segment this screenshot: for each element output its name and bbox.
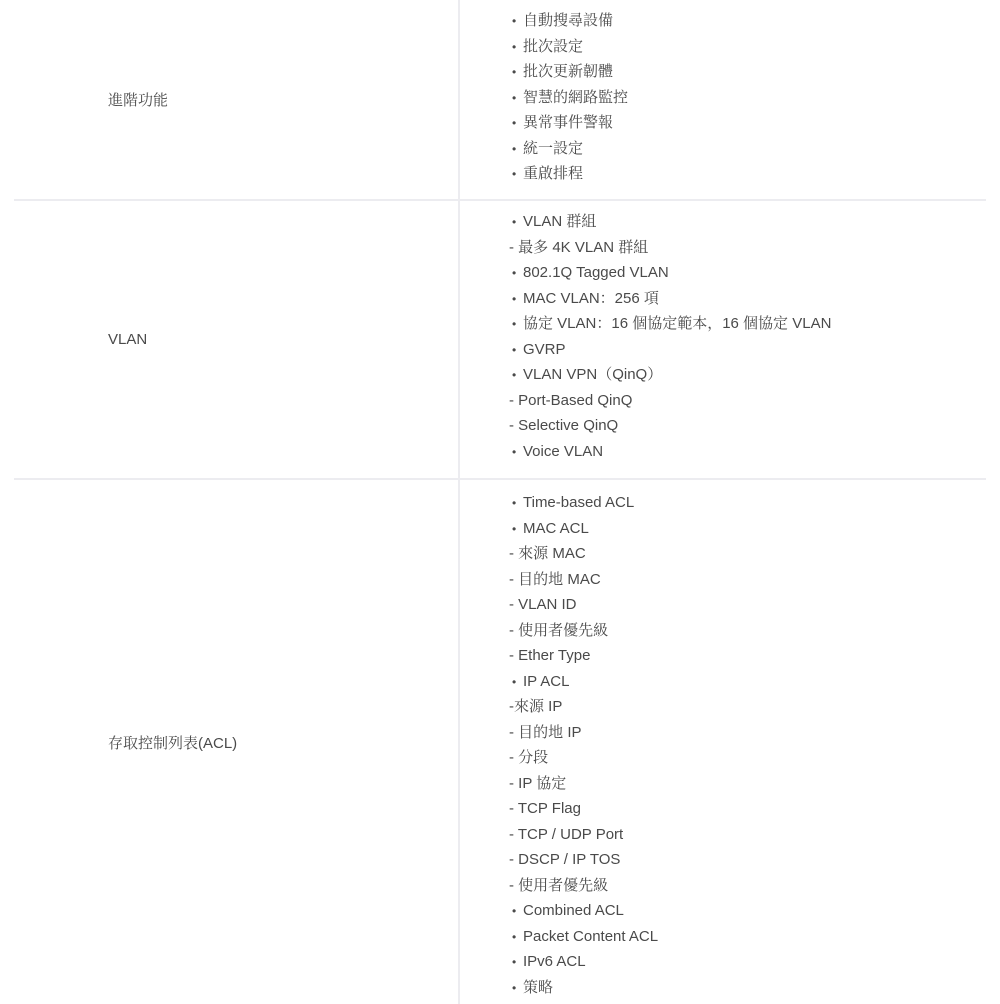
list-item: VLAN 群組 xyxy=(511,209,986,235)
list-item: 協定 VLAN：16 個協定範本，16 個協定 VLAN xyxy=(511,311,986,337)
spec-label: VLAN xyxy=(14,201,460,478)
sub-list-item: - 使用者優先級 xyxy=(509,873,986,899)
sub-list-item: - 分段 xyxy=(509,745,986,771)
list-item: 異常事件警報 xyxy=(511,110,986,136)
sub-list-item: - 目的地 IP xyxy=(509,720,986,746)
sub-list-item: -來源 IP xyxy=(509,694,986,720)
list-item: 批次設定 xyxy=(511,34,986,60)
list-item: 自動搜尋設備 xyxy=(511,8,986,34)
sub-list-item: - Port-Based QinQ xyxy=(509,388,986,414)
list-item: 重啟排程 xyxy=(511,161,986,187)
sub-list-item: - Ether Type xyxy=(509,643,986,669)
list-item: 802.1Q Tagged VLAN xyxy=(511,260,986,286)
list-item: 統一設定 xyxy=(511,136,986,162)
spec-row-vlan: VLAN VLAN 群組 - 最多 4K VLAN 群組 802.1Q Tagg… xyxy=(14,201,986,480)
sub-list-item: - DSCP / IP TOS xyxy=(509,847,986,873)
feature-list: 自動搜尋設備 批次設定 批次更新韌體 智慧的網路監控 異常事件警報 統一設定 重… xyxy=(511,8,986,187)
feature-list: Time-based ACL MAC ACL - 來源 MAC - 目的地 MA… xyxy=(511,490,986,1000)
spec-label: 存取控制列表(ACL) xyxy=(14,480,460,1000)
sub-list-item: - TCP / UDP Port xyxy=(509,822,986,848)
list-item: 智慧的網路監控 xyxy=(511,85,986,111)
feature-list: VLAN 群組 - 最多 4K VLAN 群組 802.1Q Tagged VL… xyxy=(511,209,986,464)
sub-list-item: - 使用者優先級 xyxy=(509,618,986,644)
sub-list-item: - 目的地 MAC xyxy=(509,567,986,593)
list-item: GVRP xyxy=(511,337,986,363)
list-item: Packet Content ACL xyxy=(511,924,986,950)
list-item: Voice VLAN xyxy=(511,439,986,465)
list-item: MAC VLAN：256 項 xyxy=(511,286,986,312)
list-item: MAC ACL xyxy=(511,516,986,542)
sub-list-item: - IP 協定 xyxy=(509,771,986,797)
list-item: Combined ACL xyxy=(511,898,986,924)
sub-list-item: - Selective QinQ xyxy=(509,413,986,439)
spec-row-acl: 存取控制列表(ACL) Time-based ACL MAC ACL - 來源 … xyxy=(14,480,986,1000)
spec-values: VLAN 群組 - 最多 4K VLAN 群組 802.1Q Tagged VL… xyxy=(460,201,986,478)
spec-values: 自動搜尋設備 批次設定 批次更新韌體 智慧的網路監控 異常事件警報 統一設定 重… xyxy=(460,0,986,199)
spec-values: Time-based ACL MAC ACL - 來源 MAC - 目的地 MA… xyxy=(460,480,986,1000)
list-item: 策略 xyxy=(511,975,986,1001)
sub-list-item: - 最多 4K VLAN 群組 xyxy=(509,235,986,261)
list-item: Time-based ACL xyxy=(511,490,986,516)
sub-list-item: - TCP Flag xyxy=(509,796,986,822)
list-item: VLAN VPN（QinQ） xyxy=(511,362,986,388)
list-item: IPv6 ACL xyxy=(511,949,986,975)
list-item: 批次更新韌體 xyxy=(511,59,986,85)
spec-row-advanced-features: 進階功能 自動搜尋設備 批次設定 批次更新韌體 智慧的網路監控 異常事件警報 統… xyxy=(14,0,986,201)
sub-list-item: - 來源 MAC xyxy=(509,541,986,567)
list-item: IP ACL xyxy=(511,669,986,695)
sub-list-item: - VLAN ID xyxy=(509,592,986,618)
spec-table: 進階功能 自動搜尋設備 批次設定 批次更新韌體 智慧的網路監控 異常事件警報 統… xyxy=(14,0,986,1000)
spec-label: 進階功能 xyxy=(14,0,460,199)
